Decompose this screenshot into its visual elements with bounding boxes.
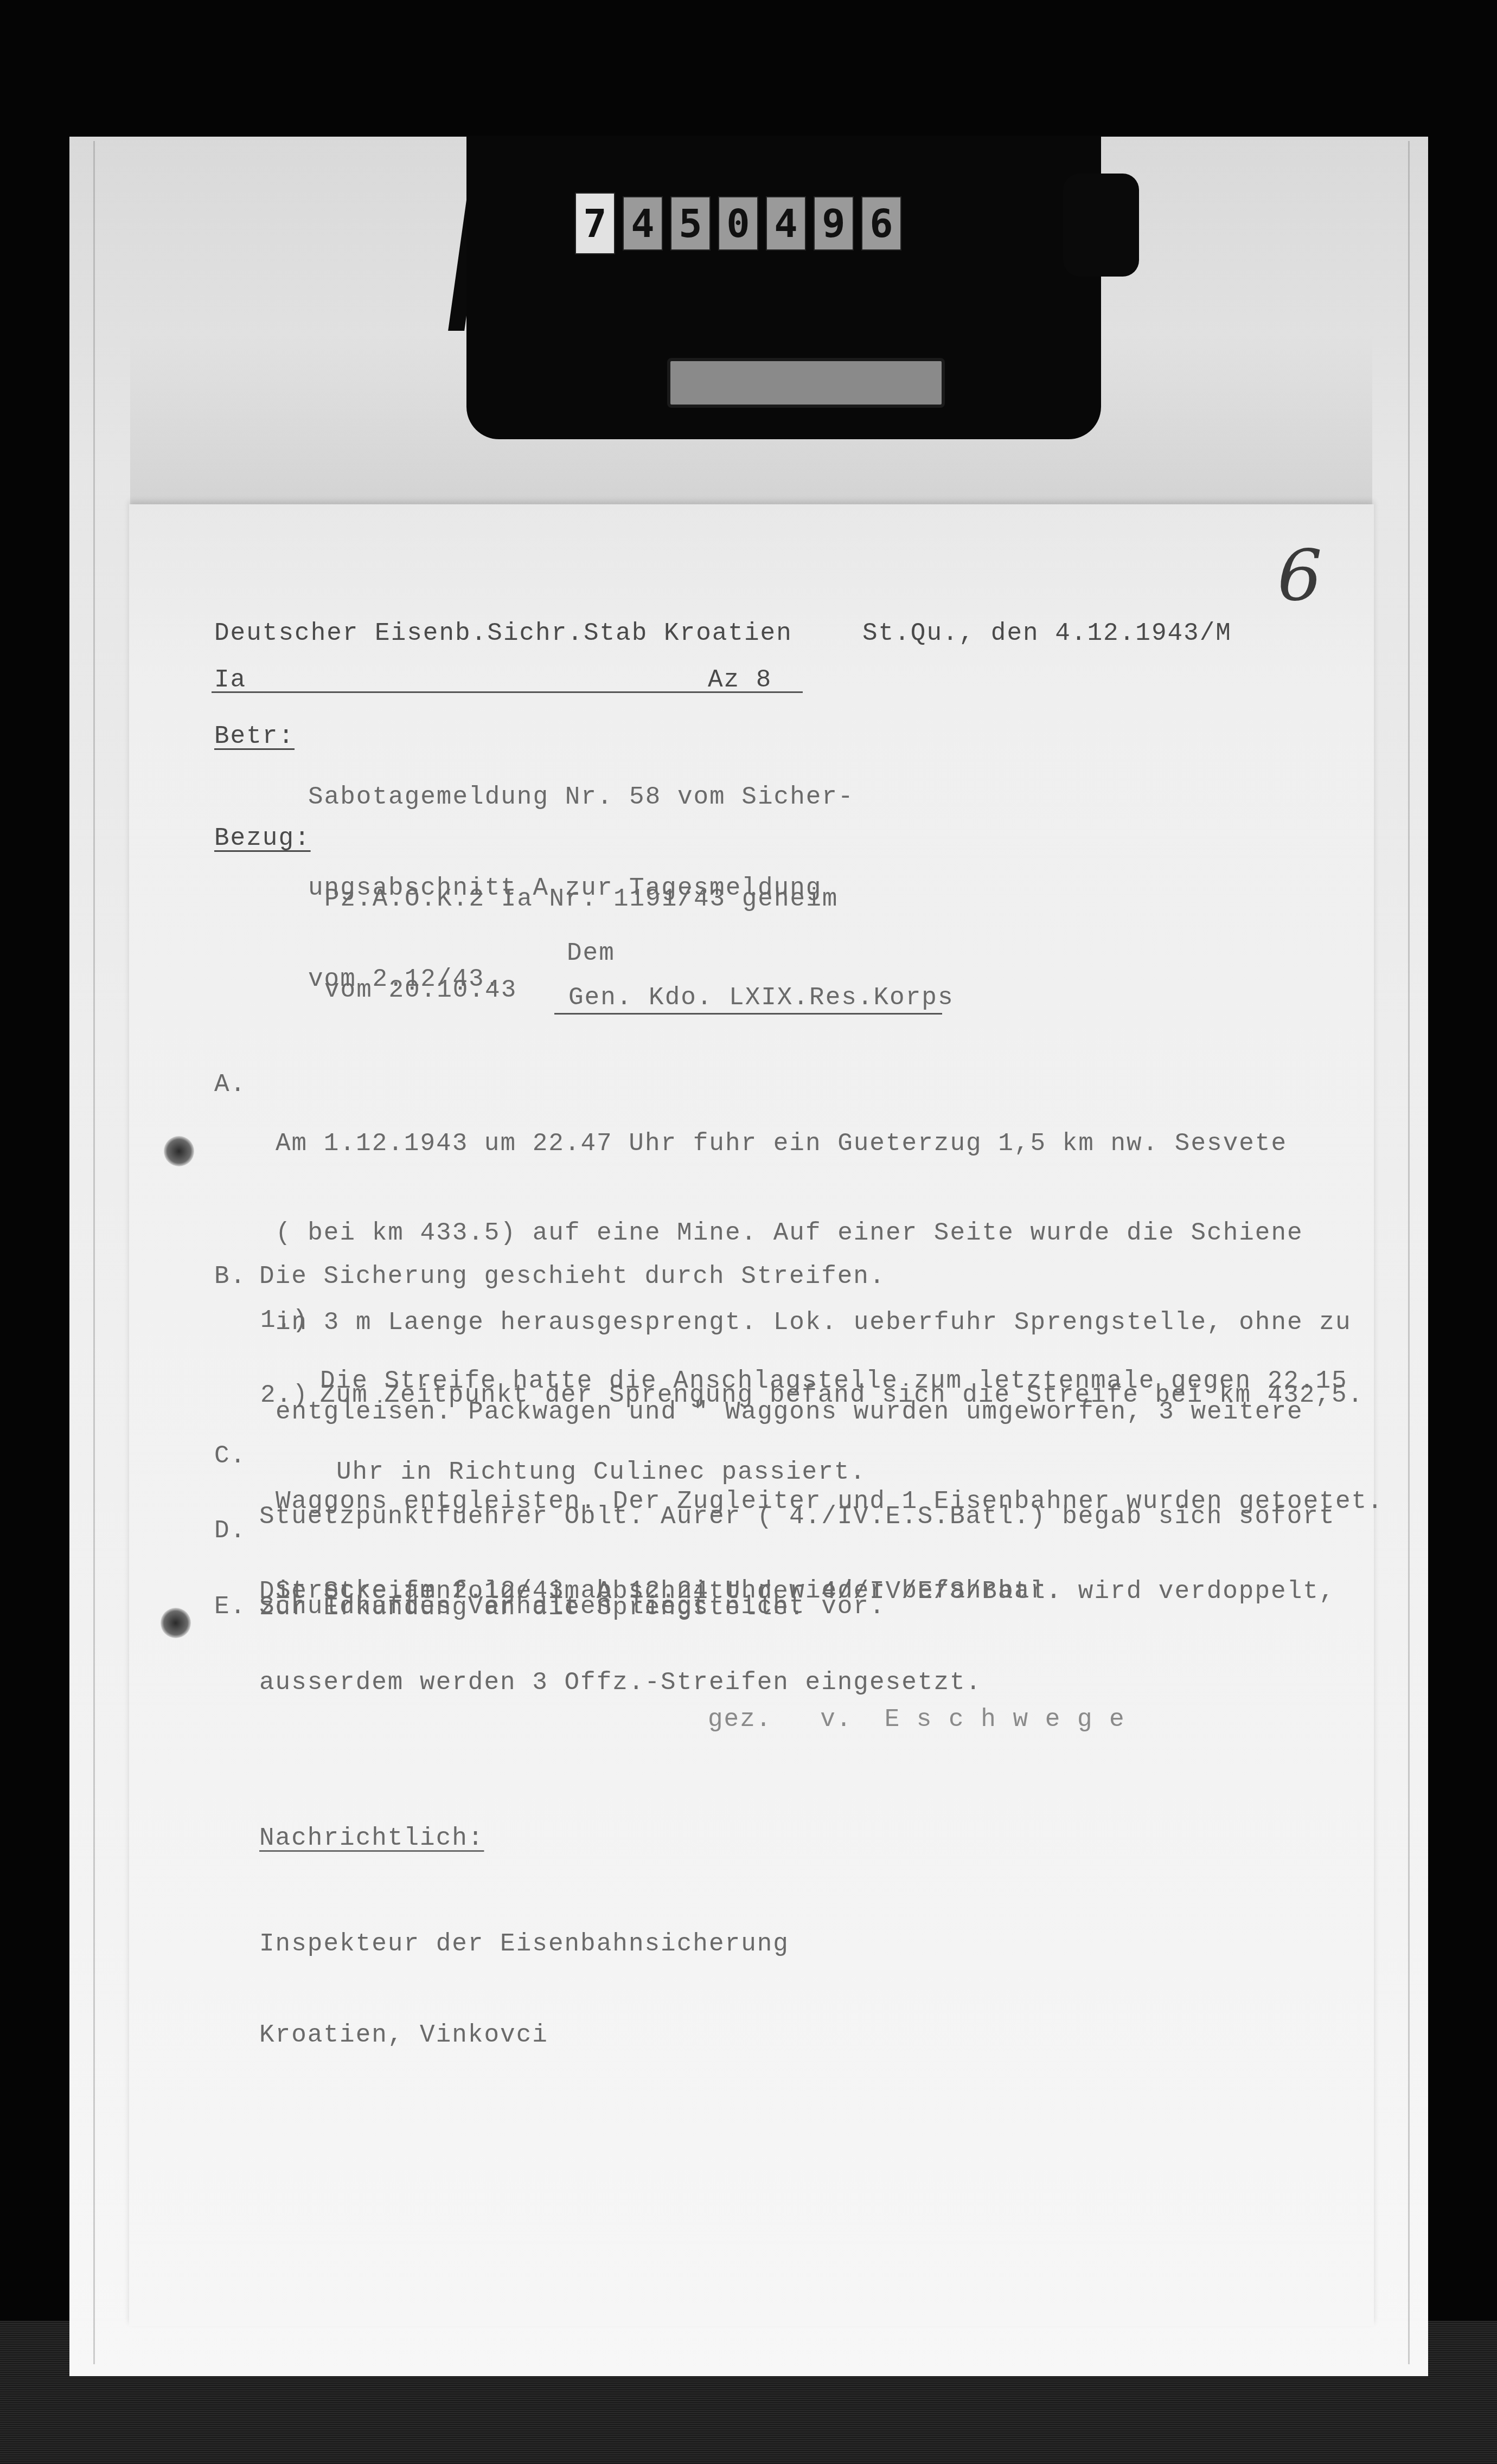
copy-to-label: Nachrichtlich:	[259, 1823, 484, 1853]
counter-digit: 6	[861, 196, 901, 251]
counter-digit: 5	[670, 196, 711, 251]
section-b2-text: Zum Zeitpunkt der Sprengung befand sich …	[320, 1380, 1364, 1410]
copy-to-line: Inspekteur der Eisenbahnsicherung	[259, 1929, 789, 1959]
section-e-marker: E.	[214, 1592, 246, 1622]
section-b-marker: B.	[214, 1261, 246, 1292]
section-b1-marker: 1.)	[260, 1305, 309, 1336]
recipient-salutation: Dem	[567, 938, 615, 968]
section-d-text: Die Streifenfolge im Abschnitt der 4//IV…	[259, 1516, 1335, 1728]
reference-label: Bezug:	[214, 823, 311, 854]
section-e-text: Schuldhaftes Verhalten liegt nicht vor.	[259, 1592, 886, 1622]
section-a-line: Am 1.12.1943 um 22.47 Uhr fuhr ein Guete…	[276, 1129, 1384, 1159]
copy-to-line: Kroatien, Vinkovci	[259, 2020, 789, 2050]
section-d-line: ausserdem werden 3 Offz.-Streifen einges…	[259, 1667, 1335, 1698]
punch-hole-top	[164, 1136, 194, 1166]
folder-fold-right	[1408, 141, 1410, 2364]
counter-digit: 0	[718, 196, 758, 251]
subject-line: Sabotagemeldung Nr. 58 vom Sicher-	[308, 782, 854, 812]
header-rule	[212, 691, 803, 693]
sender-line: Deutscher Eisenb.Sichr.Stab Kroatien	[214, 618, 792, 649]
place-date: St.Qu., den 4.12.1943/M	[862, 618, 1232, 649]
section-d-marker: D.	[214, 1516, 246, 1546]
counter-digit: 4	[766, 196, 806, 251]
recipient-name: Gen. Kdo. LXIX.Res.Korps	[568, 983, 954, 1013]
section-a-marker: A.	[214, 1069, 246, 1100]
handwritten-page-number: 6	[1277, 534, 1322, 617]
folder-fold-left	[93, 141, 95, 2364]
reference-line: Pz.A.O.K.2 Ia Nr. 1191/43 geheim	[324, 884, 838, 914]
recipient-rule	[554, 1013, 942, 1015]
counter-slot	[667, 358, 945, 408]
counter-digit: 4	[623, 196, 663, 251]
punch-hole-bottom	[161, 1608, 191, 1638]
section-a-line: ( bei km 433.5) auf eine Mine. Auf einer…	[276, 1218, 1384, 1248]
counter-digit: 9	[814, 196, 854, 251]
counter-knob	[1063, 174, 1139, 277]
copy-to-recipients: Inspekteur der Eisenbahnsicherung Kroati…	[259, 1868, 789, 2081]
section-b-text: Die Sicherung geschieht durch Streifen.	[259, 1261, 886, 1292]
subject-label: Betr:	[214, 721, 295, 752]
department: Ia	[214, 665, 246, 695]
counter-digit: 7	[575, 193, 615, 254]
file-reference: Az 8	[708, 665, 772, 695]
section-b2-marker: 2.)	[260, 1380, 309, 1410]
frame-counter-digits: 7 4 5 0 4 9 6	[575, 193, 901, 254]
section-c-marker: C.	[214, 1441, 246, 1471]
signature: gez. v. E s c h w e g e	[708, 1704, 1125, 1735]
